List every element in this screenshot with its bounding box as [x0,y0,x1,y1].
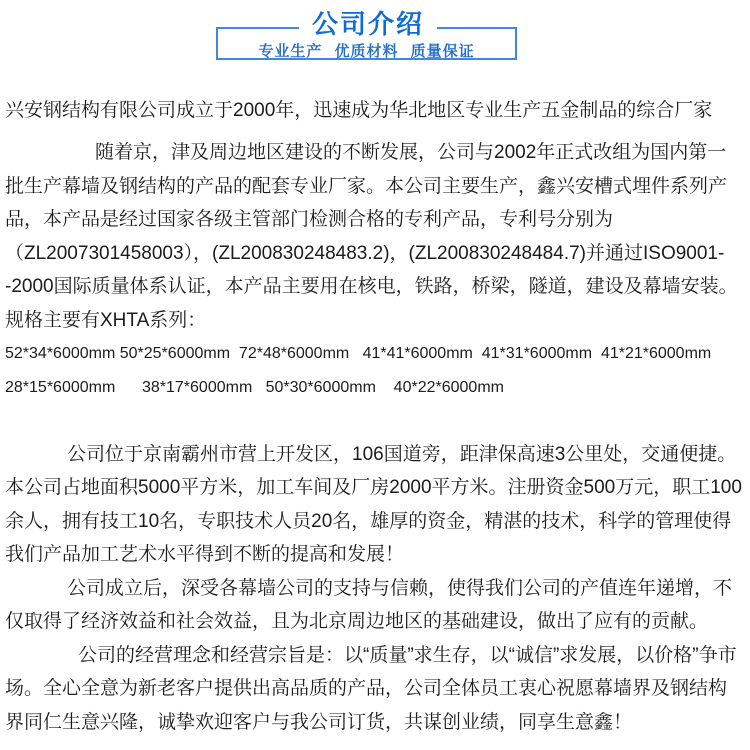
page-title: 公司介绍 [299,10,437,38]
header-slogan: 专业生产 优质材料 质量保证 [218,40,515,61]
spec-row: 52*34*6000mm 50*25*6000mm 72*48*6000mm 4… [5,337,745,371]
paragraph-company-location: 公司位于京南霸州市营上开发区，106国道旁，距津保高速3公里处，交通便捷。本公司… [5,438,745,572]
paragraph-company-history: 随着京，津及周边地区建设的不断发展，公司与2002年正式改组为国内第一批生产幕墙… [5,136,745,304]
paragraph-business-philosophy: 公司的经营理念和经营宗旨是：以“质量”求生存，以“诚信”求发展，以价格”争市场。… [5,639,745,740]
header: 专业生产 优质材料 质量保证 公司介绍 [0,0,750,94]
spec-row: 28*15*6000mm 38*17*6000mm 50*30*6000mm 4… [5,371,745,405]
company-intro-page: 专业生产 优质材料 质量保证 公司介绍 兴安钢结构有限公司成立于2000年，迅速… [0,0,750,750]
paragraph-company-founding: 兴安钢结构有限公司成立于2000年，迅速成为华北地区专业生产五金制品的综合厂家 [5,94,745,128]
paragraph-company-reputation: 公司成立后，深受各幕墙公司的支持与信赖，使得我们公司的产值连年递增，不仅取得了经… [5,572,745,639]
specs-heading: 规格主要有XHTA系列： [5,304,745,338]
body-text: 兴安钢结构有限公司成立于2000年，迅速成为华北地区专业生产五金制品的综合厂家 … [0,94,750,739]
